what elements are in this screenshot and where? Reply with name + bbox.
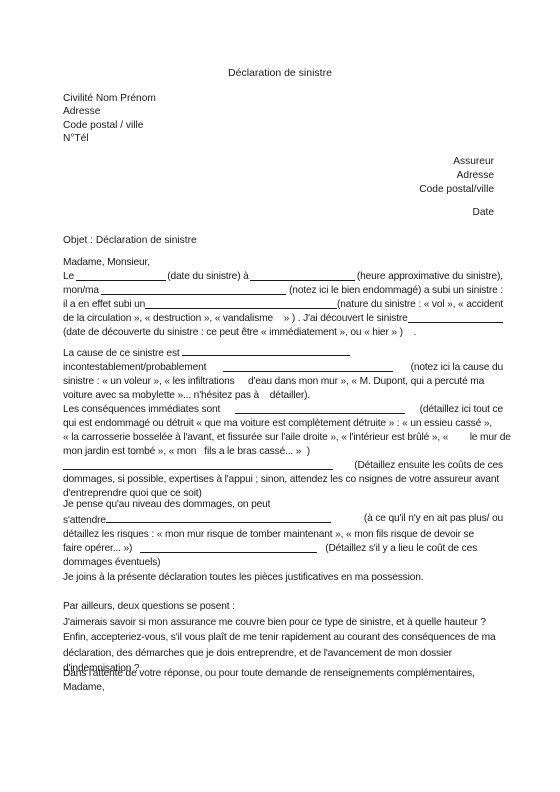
text-line: qui est endommagé ou détruit « que ma vo… xyxy=(63,417,503,431)
text-line: Madame, xyxy=(63,681,503,695)
text-line: Dans l'attente de votre réponse, ou pour… xyxy=(63,667,503,681)
text-line: faire opérer... ») (Détaillez s'il y a l… xyxy=(63,542,503,556)
document-title: Déclaration de sinistre xyxy=(0,66,560,80)
text-line: Les conséquences immédiates sont (détail… xyxy=(63,403,503,417)
paragraph-cause: La cause de ce sinistre est incontestabl… xyxy=(63,345,503,501)
blank-consequences-field[interactable] xyxy=(235,403,405,414)
text-line: Par ailleurs, deux questions se posent : xyxy=(63,599,503,615)
paragraph-attachments: Je joins à la présente déclaration toute… xyxy=(63,571,503,585)
blank-damaged-property-field[interactable] xyxy=(101,284,286,295)
text-line: incontestablement/probablement (notez ic… xyxy=(63,361,503,375)
recipient-postal-city: Code postal/ville xyxy=(419,183,494,197)
text-line: sinistre : « un voleur », « les infiltra… xyxy=(63,375,503,389)
text-line: Je pense qu'au niveau des dommages, on p… xyxy=(63,498,503,512)
text-line: mon/ma (notez ici le bien endommagé) a s… xyxy=(63,284,503,298)
text-line: s'attendre (à ce qu'il n'y en ait pas pl… xyxy=(63,512,503,528)
greeting: Madame, Monsieur, xyxy=(63,256,503,270)
recipient-insurer: Assureur xyxy=(419,155,494,169)
blank-time-field[interactable] xyxy=(250,270,355,281)
text-line: J'aimerais savoir si mon assurance me co… xyxy=(63,615,503,631)
paragraph-incident: Madame, Monsieur, Le (date du sinistre) … xyxy=(63,256,503,340)
text-line: (Détaillez ensuite les coûts de ces xyxy=(63,459,503,473)
recipient-block: Assureur Adresse Code postal/ville xyxy=(419,155,494,197)
blank-future-costs-field[interactable] xyxy=(140,542,317,553)
blank-costs-field[interactable] xyxy=(63,459,333,470)
text-line: La cause de ce sinistre est xyxy=(63,345,503,361)
text-line: déclaration, des démarches que je dois e… xyxy=(63,646,503,662)
text-line: de la circulation », « destruction », « … xyxy=(63,312,503,326)
paragraph-closing: Dans l'attente de votre réponse, ou pour… xyxy=(63,667,503,695)
text-line: (date de découverte du sinistre : ce peu… xyxy=(63,326,503,340)
letter-subject: Objet : Déclaration de sinistre xyxy=(63,234,197,248)
text-line: Enfin, accepteriez-vous, s'il vous plaît… xyxy=(63,630,503,646)
text-line: dommages, si possible, expertises à l'ap… xyxy=(63,473,503,487)
recipient-address: Adresse xyxy=(419,169,494,183)
text-line: il a en effet subi un (nature du sinistr… xyxy=(63,298,503,312)
text-line: « la carrosserie bosselée à l'avant, et … xyxy=(63,431,503,445)
blank-cause-detail-field[interactable] xyxy=(223,361,393,372)
paragraph-expected-damage: Je pense qu'au niveau des dommages, on p… xyxy=(63,498,503,570)
text-line: dommages éventuels) xyxy=(63,556,503,570)
sender-name: Civilité Nom Prénom xyxy=(63,92,156,105)
paragraph-questions: Par ailleurs, deux questions se posent :… xyxy=(63,599,503,677)
sender-block: Civilité Nom Prénom Adresse Code postal … xyxy=(63,92,156,145)
text-line: détaillez les risques : « mon mur risque… xyxy=(63,528,503,542)
letter-page: Déclaration de sinistre Civilité Nom Pré… xyxy=(0,0,560,792)
sender-postal-city: Code postal / ville xyxy=(63,119,156,132)
blank-date-field[interactable] xyxy=(76,270,166,281)
blank-discovery-date-field[interactable] xyxy=(408,312,503,323)
blank-nature-field[interactable] xyxy=(145,298,337,309)
blank-expectation-field[interactable] xyxy=(106,512,331,523)
letter-date: Date xyxy=(472,206,494,220)
text-line: Le (date du sinistre) à (heure approxima… xyxy=(63,270,503,284)
text-line: Je joins à la présente déclaration toute… xyxy=(63,571,503,585)
text-line: mon jardin est tombé », « mon fils a le … xyxy=(63,445,503,459)
sender-phone: N°Tél xyxy=(63,132,156,145)
sender-address: Adresse xyxy=(63,105,156,118)
text-line: voiture avec sa mobylette »... n'hésitez… xyxy=(63,389,503,403)
blank-cause-field[interactable] xyxy=(182,345,350,356)
